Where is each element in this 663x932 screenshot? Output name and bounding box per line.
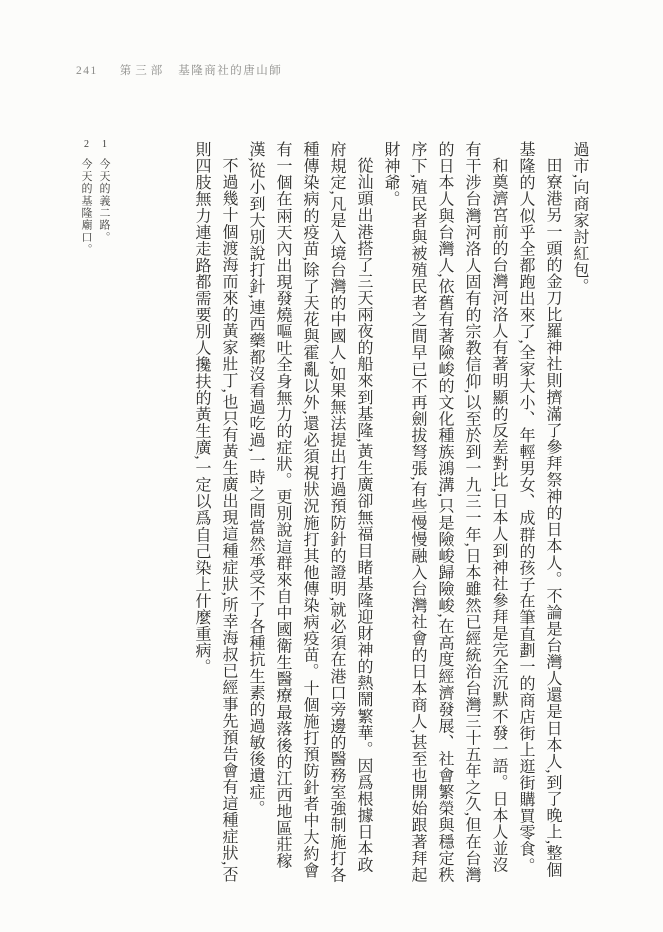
paragraph: 田寮港另一頭的金刀比羅神社則擠滿了參拜祭神的日本人。不論是台灣人還是日本人,到了… <box>512 141 566 886</box>
paragraph: 不過幾十個渡海而來的黃家壯丁,也只有黃生廣出現這種症狀,所幸海叔已經事先預告會有… <box>188 141 242 886</box>
footnotes-block: 1今天的義二路。 2今天的基隆廟口。 <box>77 139 113 309</box>
page-number: 241 <box>76 65 98 77</box>
running-header: 241第三部基隆商社的唐山師 <box>76 62 282 78</box>
book-page: 241第三部基隆商社的唐山師 過市,向商家討紅包。 田寮港另一頭的金刀比羅神社則… <box>0 0 663 932</box>
footnote-2: 2今天的基隆廟口。 <box>77 139 95 309</box>
main-text-block: 過市,向商家討紅包。 田寮港另一頭的金刀比羅神社則擠滿了參拜祭神的日本人。不論是… <box>188 141 593 886</box>
footnote-1-text: 今天的義二路。 <box>98 158 110 243</box>
footnote-2-number: 2 <box>81 139 92 150</box>
paragraph: 從汕頭出港搭了三天兩夜的船來到基隆,黃生廣卻無福目睹基隆迎財神的熱鬧繁華。因爲根… <box>242 141 377 886</box>
chapter-title: 基隆商社的唐山師 <box>178 65 282 77</box>
footnote-1: 1今天的義二路。 <box>95 139 113 309</box>
part-label: 第三部 <box>120 65 167 77</box>
footnote-2-text: 今天的基隆廟口。 <box>80 158 92 256</box>
paragraph: 和奠濟宮前的台灣河洛人有著明顯的反差對比,日本人到神社參拜是完全沉默不發一語。日… <box>377 141 512 886</box>
paragraph-continuation: 過市,向商家討紅包。 <box>566 141 593 886</box>
footnote-1-number: 1 <box>99 139 110 150</box>
